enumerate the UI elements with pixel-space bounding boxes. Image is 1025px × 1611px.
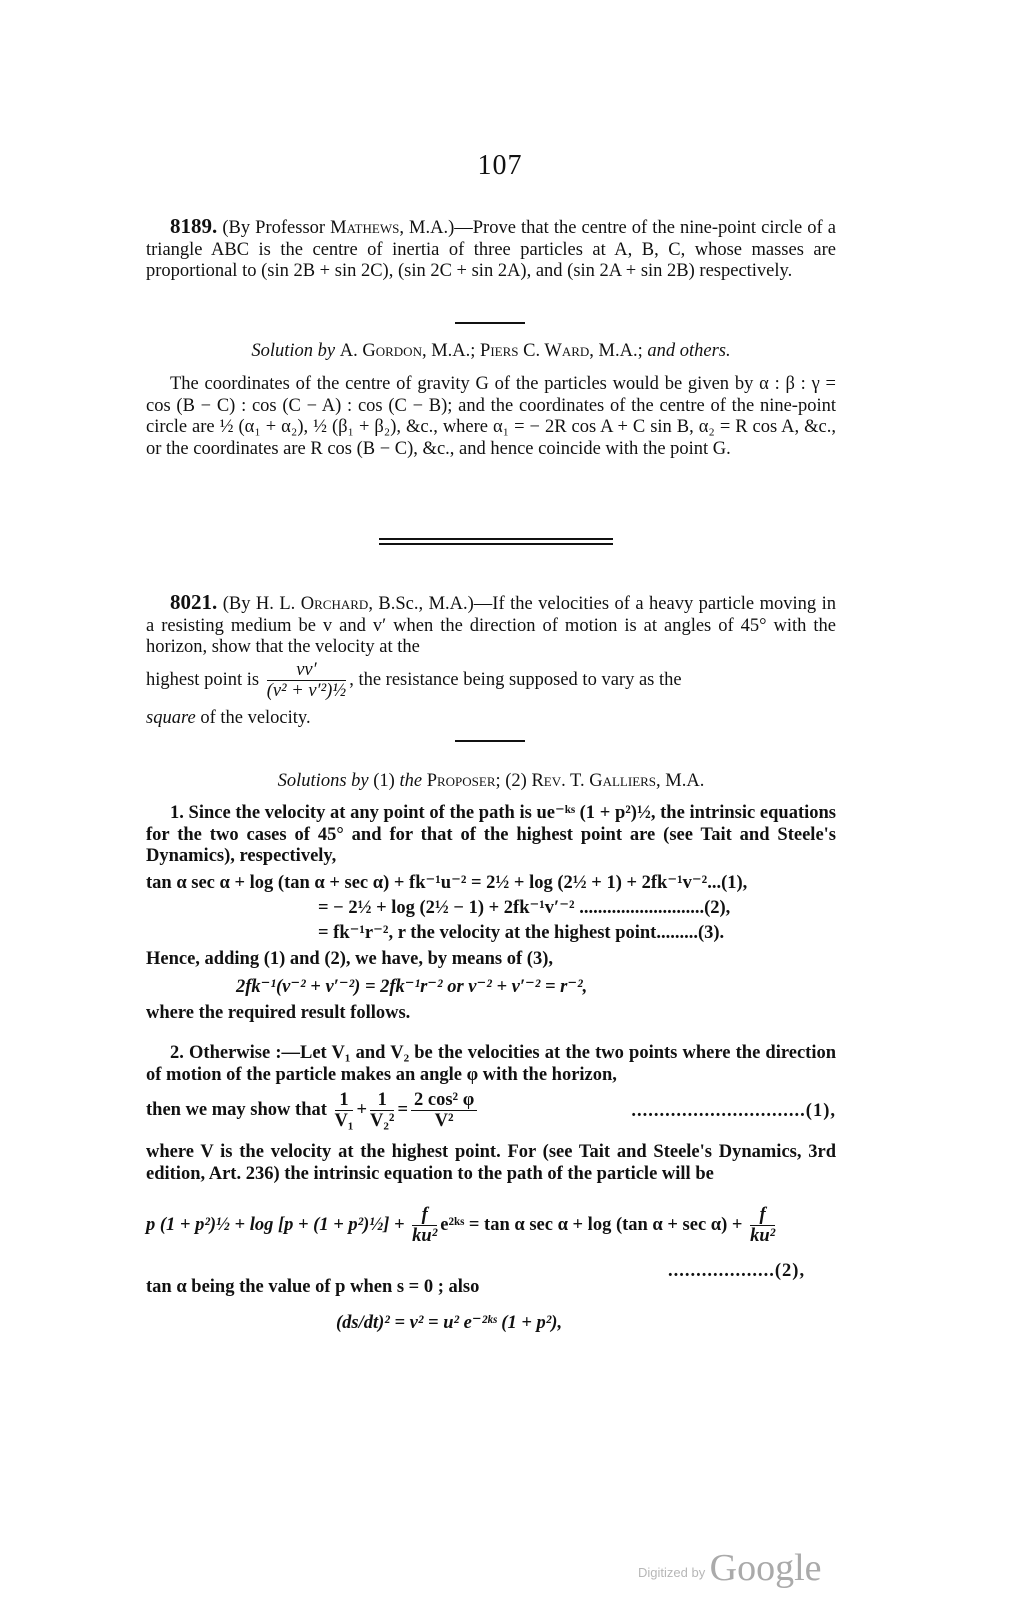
solver-1: A. Gordon, M.A.; (340, 341, 476, 361)
fraction-denominator: (v² + v′²)½ (267, 681, 347, 701)
solution2-equation-3: (ds/dt)² = v² = u² e⁻²ᵏˢ (1 + p²), (336, 1312, 562, 1334)
fraction-1-over-v2: 1 V₂² (370, 1090, 394, 1131)
velocity-fraction: vv′ (v² + v′²)½ (267, 660, 347, 701)
problem-8189-statement: 8189. (By Professor Mathews, M.A.)—Prove… (146, 216, 836, 283)
fraction-numerator: f (750, 1205, 775, 1226)
page-number: 107 (0, 150, 1000, 182)
problem-number: 8021. (170, 590, 217, 614)
problem-number: 8189. (170, 214, 217, 238)
tan-alpha-line: tan α being the value of p when s = 0 ; … (146, 1276, 479, 1298)
fraction-numerator: f (412, 1205, 437, 1226)
google-logo-text: Google (710, 1547, 822, 1589)
proposer-name: Proposer; (427, 771, 501, 791)
fraction-numerator: vv′ (267, 660, 347, 681)
fraction-denominator: V₂² (370, 1111, 394, 1131)
conclusion-line: where the required result follows. (146, 1002, 410, 1024)
watermark-prefix: Digitized by (638, 1565, 705, 1580)
double-rule-bottom (379, 543, 613, 545)
solutions-by-label: Solutions by (278, 771, 369, 791)
solution2-equation-2: p (1 + p²)½ + log [p + (1 + p²)½] + f ku… (146, 1205, 836, 1246)
square-italic: square (146, 708, 196, 728)
eq2-mid: e²ᵏˢ = tan α sec α + log (tan α + sec α)… (440, 1215, 742, 1235)
solution2-paragraph: 2. Otherwise :—Let V₁ and V₂ be the velo… (146, 1043, 836, 1086)
solution-8189-text: The coordinates of the centre of gravity… (146, 374, 836, 460)
solution1-paragraph: 1. Since the velocity at any point of th… (146, 803, 836, 868)
fraction-numerator: 1 (335, 1090, 354, 1111)
fraction-cos-over-v: 2 cos² φ V² (411, 1090, 477, 1131)
hence-line: Hence, adding (1) and (2), we have, by m… (146, 948, 553, 970)
author-suffix: , B.Sc., M.A.)— (368, 594, 492, 614)
solution-by-label: Solution by (251, 341, 335, 361)
equation-label-1: ...............................(1), (631, 1100, 836, 1122)
digitized-by-google-watermark: Digitized by Google (638, 1546, 822, 1590)
author-prefix: (By H. L. (223, 594, 301, 614)
part-2-num: (2) (505, 771, 527, 791)
problem-8021-fraction-line: highest point is vv′ (v² + v′²)½ , the r… (146, 660, 836, 701)
show-prefix: then we may show that (146, 1100, 327, 1120)
equation-label-2: ...................(2), (668, 1260, 805, 1282)
highest-point-label: highest point is (146, 670, 259, 690)
part-1-num: (1) (373, 771, 395, 791)
solution2-equation-1: then we may show that 1 V₁ + 1 V₂² = 2 c… (146, 1090, 836, 1131)
double-rule-top (379, 538, 613, 540)
fraction-denominator: ku² (412, 1226, 437, 1246)
solver-2: Piers C. Ward, M.A.; (480, 341, 643, 361)
fraction-numerator: 1 (370, 1090, 394, 1111)
resistance-text: , the resistance being supposed to vary … (349, 670, 681, 690)
f-over-ku2: f ku² (412, 1205, 437, 1246)
author-name: Orchard (301, 594, 369, 614)
fraction-denominator: ku² (750, 1226, 775, 1246)
equation-3: = fk⁻¹r⁻², r the velocity at the highest… (318, 922, 724, 944)
fraction-numerator: 2 cos² φ (411, 1090, 477, 1111)
f-over-ku2-right: f ku² (750, 1205, 775, 1246)
the-italic: the (399, 771, 422, 791)
equation-2: = − 2½ + log (2½ − 1) + 2fk⁻¹v′⁻² ......… (318, 897, 730, 919)
solution-heading-8021: Solutions by (1) the Proposer; (2) Rev. … (146, 771, 836, 793)
solution-heading-8189: Solution by A. Gordon, M.A.; Piers C. Wa… (146, 341, 836, 363)
problem-8021-statement: 8021. (By H. L. Orchard, B.Sc., M.A.)—If… (146, 592, 836, 659)
problem-8021-line3: square of the velocity. (146, 708, 836, 730)
solver-others: and others. (647, 341, 730, 361)
solution2-paragraph-2: where V is the velocity at the highest p… (146, 1142, 836, 1185)
equation-1: tan α sec α + log (tan α + sec α) + fk⁻¹… (146, 872, 747, 894)
author-name: Mathews (330, 218, 399, 238)
equation-4: 2fk⁻¹(v⁻² + v′⁻²) = 2fk⁻¹r⁻² or v⁻² + v′… (236, 976, 587, 998)
eq2-left: p (1 + p²)½ + log [p + (1 + p²)½] + (146, 1215, 405, 1235)
section-divider (455, 322, 525, 324)
fraction-denominator: V₁ (335, 1111, 354, 1131)
section-divider (455, 740, 525, 742)
velocity-text: of the velocity. (196, 708, 311, 728)
fraction-1-over-v1: 1 V₁ (335, 1090, 354, 1131)
author-prefix: (By Professor (222, 218, 330, 238)
fraction-denominator: V² (411, 1111, 477, 1131)
author-suffix: , M.A.)— (399, 218, 472, 238)
galliers-name: Rev. T. Galliers, M.A. (531, 771, 704, 791)
